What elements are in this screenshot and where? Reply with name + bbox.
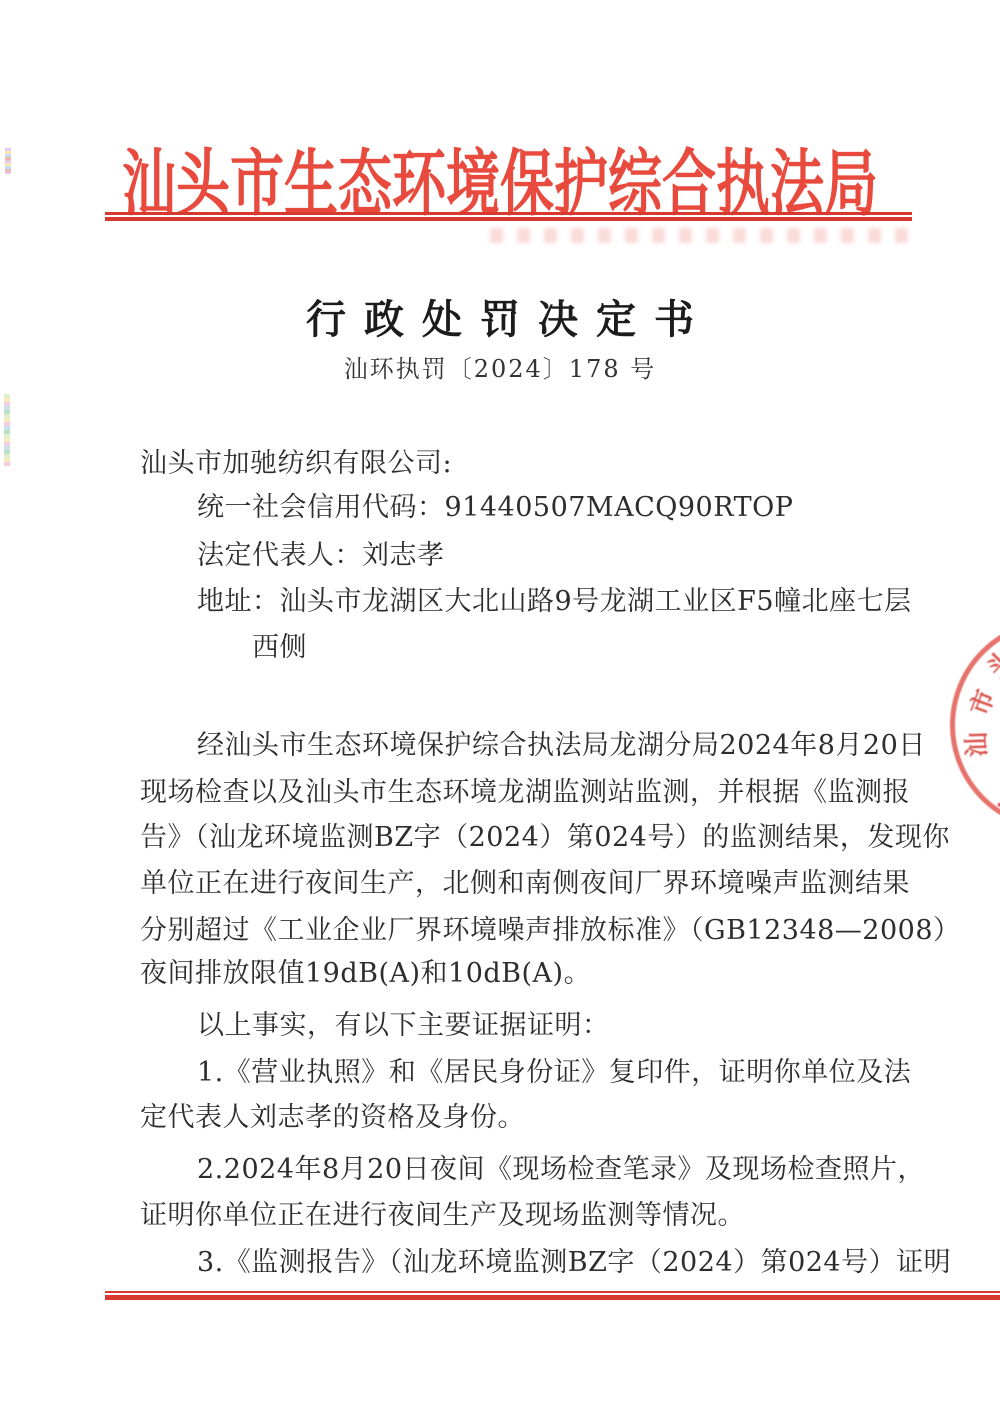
recipient-company-line: 汕头市加驰纺织有限公司: [140,448,920,480]
evidence-item-2-cont: 证明你单位正在进行夜间生产及现场监测等情况。 [140,1200,920,1232]
seal-character: 市 [966,686,998,718]
ink-bleed-ghost [490,228,920,243]
legal-rep-line: 法定代表人：刘志孝 [197,540,977,572]
document-page: 汕头市生态环境保护综合执法局 行政处罚决定书 汕环执罚〔2024〕178 号 汕… [0,0,1000,1414]
evidence-intro-line: 以上事实，有以下主要证据证明： [197,1010,977,1042]
credit-code-line: 统一社会信用代码：91440507MACQ90RTOP [197,492,977,524]
divider-thick-line [105,217,912,221]
body-line: 分别超过《工业企业厂界环境噪声排放标准》（GB12348—2008） [140,915,920,947]
evidence-item-2: 2.2024年8月20日夜间《现场检查笔录》及现场检查照片， [197,1154,977,1186]
address-line-cont: 西侧 [252,632,1000,664]
body-line: 夜间排放限值19dB(A)和10dB(A)。 [140,958,920,990]
seal-character: 头 [983,646,1000,681]
evidence-item-3: 3.《监测报告》（汕龙环境监测BZ字（2024）第024号）证明 [197,1247,977,1279]
seal-character: 汕 [964,732,990,758]
letterhead-divider [105,212,912,221]
scan-artifact [4,394,10,466]
body-line: 经汕头市生态环境保护综合执法局龙湖分局2024年8月20日 [197,730,977,762]
body-line: 告》（汕龙环境监测BZ字（2024）第024号）的监测结果，发现你 [140,822,920,854]
document-number: 汕环执罚〔2024〕178 号 [0,349,1000,384]
address-line: 地址：汕头市龙湖区大北山路9号龙湖工业区F5幢北座七层 [197,586,977,618]
document-title: 行政处罚决定书 [0,288,1000,345]
body-line: 现场检查以及汕头市生态环境龙湖监测站监测，并根据《监测报 [140,777,920,809]
evidence-item-1: 1.《营业执照》和《居民身份证》复印件，证明你单位及法 [197,1057,977,1089]
body-line: 单位正在进行夜间生产，北侧和南侧夜间厂界环境噪声监测结果 [140,868,920,900]
divider-thick-line [105,1295,1000,1300]
footer-divider [105,1291,1000,1300]
evidence-item-1-cont: 定代表人刘志孝的资格及身份。 [140,1102,920,1134]
seal-character: 局 [994,785,1000,820]
